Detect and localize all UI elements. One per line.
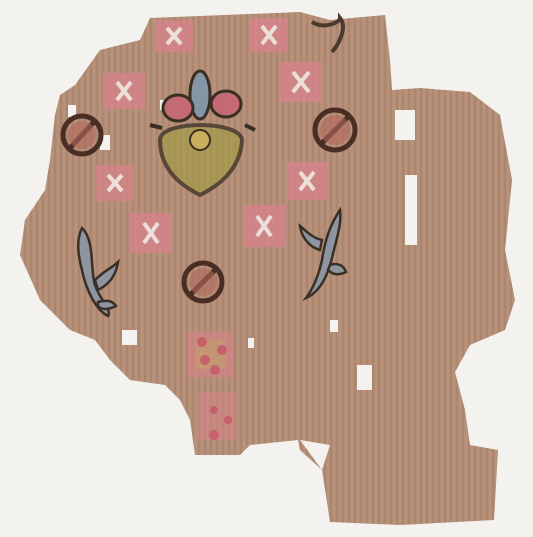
papyrus-photo	[0, 0, 533, 537]
papyrus-fragment	[20, 12, 515, 525]
